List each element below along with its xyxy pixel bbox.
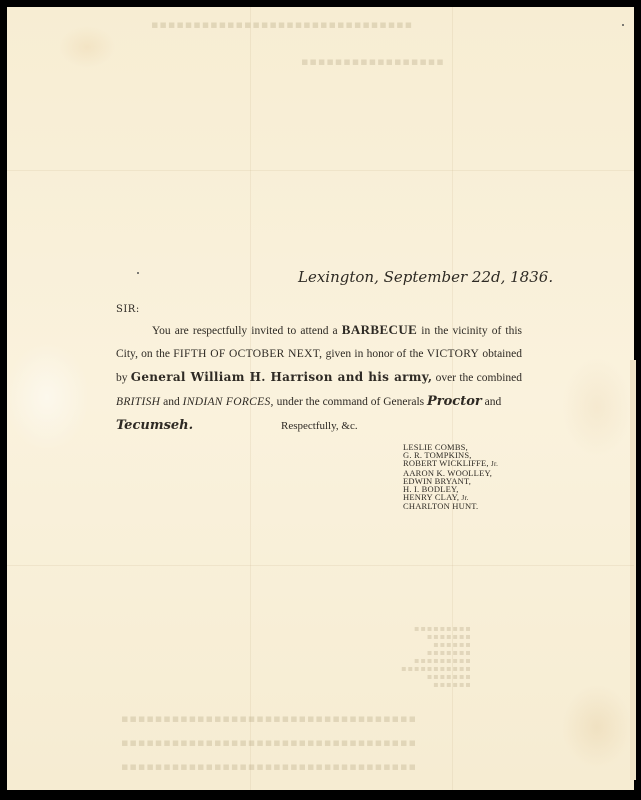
general-proctor: Proctor xyxy=(427,394,482,409)
bleed-through-text: ▪▪▪▪▪▪▪▪▪▪▪▪▪▪▪▪▪▪▪▪▪▪▪▪▪▪▪▪▪▪▪ xyxy=(150,18,412,31)
salutation: SIR: xyxy=(116,304,140,315)
body-text: under the command of Generals xyxy=(274,396,427,408)
body-text: given in honor of the xyxy=(322,348,426,360)
british-forces: BRITISH xyxy=(116,396,160,408)
bleed-through-signers: ▪▪▪▪▪▪▪▪▪▪▪▪▪▪▪▪▪▪▪▪▪▪▪▪▪▪▪▪▪▪▪▪▪▪▪▪▪▪▪▪… xyxy=(400,625,471,689)
signer-suffix: Jr. xyxy=(491,460,498,468)
fold-line-horizontal xyxy=(7,565,634,566)
event-date: FIFTH OF OCTOBER NEXT, xyxy=(173,348,322,360)
victory-word: VICTORY xyxy=(427,348,479,360)
body-text: and xyxy=(160,396,182,408)
ink-speck xyxy=(137,272,139,274)
signer: CHARLTON HUNT. xyxy=(403,502,498,510)
paper-edge-tab xyxy=(630,360,636,780)
signers-list: LESLIE COMBS, G. R. TOMPKINS, ROBERT WIC… xyxy=(403,443,498,511)
body-text: over the combined xyxy=(432,372,522,384)
general-tecumseh: Tecumseh. xyxy=(116,418,193,433)
bleed-through-text: ▪▪▪▪▪▪▪▪▪▪▪▪▪▪▪▪▪▪▪▪▪▪▪▪▪▪▪▪▪▪▪▪▪▪▪ xyxy=(120,712,416,725)
bleed-through-text: ▪▪▪▪▪▪▪▪▪▪▪▪▪▪▪▪▪▪▪▪▪▪▪▪▪▪▪▪▪▪▪▪▪▪▪ xyxy=(120,760,416,773)
bleed-through-text: ▪▪▪▪▪▪▪▪▪▪▪▪▪▪▪▪▪▪▪▪▪▪▪▪▪▪▪▪▪▪▪▪▪▪▪ xyxy=(120,736,416,749)
indian-forces: INDIAN FORCES, xyxy=(183,396,274,408)
bleed-through-text: ▪▪▪▪▪▪▪▪▪▪▪▪▪▪▪▪▪ xyxy=(300,55,444,68)
signer-name: CHARLTON HUNT. xyxy=(403,501,478,511)
body-text: and xyxy=(482,396,501,408)
ink-speck xyxy=(622,24,624,26)
general-harrison: General William H. Harrison and his army… xyxy=(131,370,433,384)
dateline: Lexington, September 22d, 1836. xyxy=(298,268,553,286)
event-name: BARBECUE xyxy=(342,322,417,337)
body-text-intro: You are respectfully invited to attend a xyxy=(152,325,342,337)
fold-line-horizontal xyxy=(7,170,634,171)
closing: Respectfully, &c. xyxy=(281,420,358,432)
